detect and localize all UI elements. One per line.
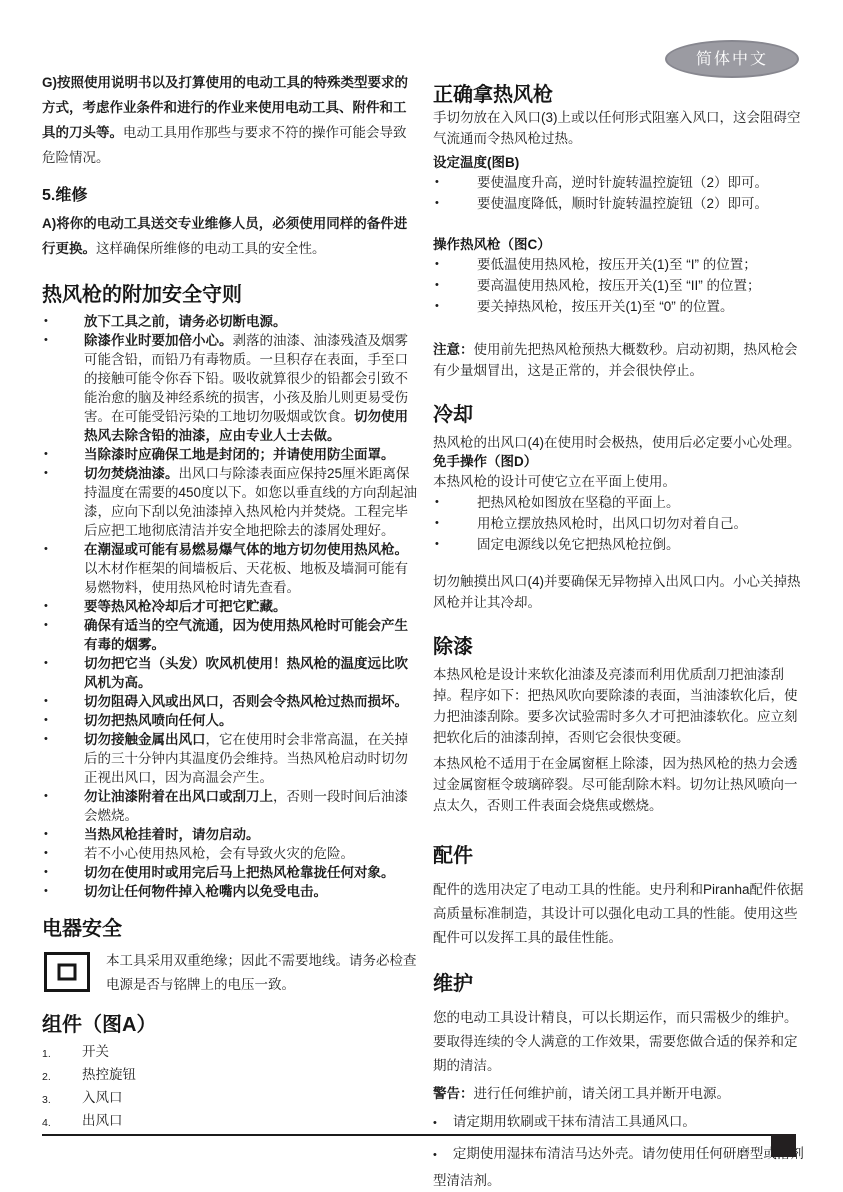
subheading-set-temperature: 设定温度(图B) — [433, 154, 805, 172]
subheading-operate: 操作热风枪（图C） — [433, 236, 805, 254]
bullet-icon: • — [42, 692, 84, 711]
list-item: •把热风枪如图放在坚稳的平面上。 — [433, 492, 805, 513]
cooling-text: 热风枪的出风口(4)在使用时会极热，使用后必定要小心处理。 — [433, 432, 805, 453]
item-text: 切勿阻碍入风或出风口，否则会令热风枪过热而损坏。 — [84, 694, 408, 709]
item-text: 确保有适当的空气流通，因为使用热风枪时可能会产生有毒的烟雾。 — [84, 618, 408, 652]
list-item: •要高温使用热风枪，按压开关(1)至 “II” 的位置； — [433, 275, 805, 296]
language-badge: 简体中文 — [665, 40, 799, 78]
item-text: 当除漆时应确保工地是封闭的；并请使用防尘面罩。 — [84, 447, 395, 462]
bullet-icon: • — [42, 616, 84, 635]
section-title-components: 组件（图A） — [42, 1013, 418, 1037]
bullet-icon: • — [42, 730, 84, 749]
list-item: •切勿阻碍入风或出风口，否则会令热风枪过热而损坏。 — [42, 692, 418, 711]
hands-free-list: •把热风枪如图放在坚稳的平面上。 •用枪立摆放热风枪时，出风口切勿对着自己。 •… — [433, 492, 805, 555]
bullet-icon: • — [433, 534, 477, 555]
item-text: 以木材作框架的间墙板后、天花板、地板及墙洞可能有易燃物料，使用热风枪时请先查看。 — [84, 561, 408, 595]
bullet-icon: • — [433, 193, 477, 214]
note-paragraph: 注意：使用前先把热风枪预热大概数秒。启动初期，热风枪会有少量烟冒出，这是正常的，… — [433, 339, 805, 381]
list-item: •放下工具之前，请务必切断电源。 — [42, 312, 418, 331]
item-text: 切勿把它当（头发）吹风机使用！热风枪的温度远比吹风机为高。 — [84, 656, 408, 690]
maintenance-p1: 您的电动工具设计精良，可以长期运作，而只需极少的维护。要取得连续的令人满意的工作… — [433, 1006, 805, 1078]
list-item: •切勿把它当（头发）吹风机使用！热风枪的温度远比吹风机为高。 — [42, 654, 418, 692]
components-list: 1.开关 2.热控旋钮 3.入风口 4.出风口 — [42, 1042, 418, 1133]
holding-text: 手切勿放在入风口(3)上或以任何形式阻塞入风口，这会阻碍空气流通而令热风枪过热。 — [433, 107, 805, 149]
operate-list: •要低温使用热风枪，按压开关(1)至 “I” 的位置； •要高温使用热风枪，按压… — [433, 254, 805, 317]
component-label: 开关 — [82, 1042, 109, 1064]
paint-removal-p1: 本热风枪是设计来软化油漆及亮漆而利用优质刮刀把油漆刮掉。程序如下：把热风吹向要除… — [433, 664, 805, 748]
item-text: 切勿在使用时或用完后马上把热风枪靠拢任何对象。 — [84, 865, 395, 880]
list-item: •切勿焚烧油漆。出风口与除漆表面应保持25厘米距离保持温度在需要的450度以下。… — [42, 464, 418, 540]
list-item: •切勿接触金属出风口，它在使用时会非常高温，在关掉后的三十分钟内其温度仍会维持。… — [42, 730, 418, 787]
item-text: 要高温使用热风枪，按压开关(1)至 “II” 的位置； — [477, 275, 805, 296]
bullet-icon: • — [42, 844, 84, 863]
hands-free-outro: 切勿触摸出风口(4)并要确保无异物掉入出风口内。小心关掉热风枪并让其冷却。 — [433, 571, 805, 613]
item-text: 若不小心使用热风枪，会有导致火灾的危险。 — [84, 846, 354, 861]
item-text: 切勿让任何物件掉入枪嘴内以免受电击。 — [84, 884, 327, 899]
section-title-maintenance: 维护 — [433, 972, 805, 996]
bullet-icon: • — [433, 172, 477, 193]
list-item: •除漆作业时要加倍小心。剥落的油漆、油漆残渣及烟雾可能含铅，而铅乃有毒物质。一旦… — [42, 331, 418, 445]
bullet-icon: • — [42, 863, 84, 882]
paragraph-a: A)将你的电动工具送交专业维修人员，必须使用同样的备件进行更换。这样确保所维修的… — [42, 211, 418, 261]
bullet-icon: • — [433, 254, 477, 275]
bullet-icon: • — [42, 711, 84, 730]
list-item: •在潮湿或可能有易燃易爆气体的地方切勿使用热风枪。以木材作框架的间墙板后、天花板… — [42, 540, 418, 597]
list-item: •勿让油漆附着在出风口或刮刀上，否则一段时间后油漆会燃烧。 — [42, 787, 418, 825]
component-label: 出风口 — [82, 1111, 123, 1133]
list-item: •要等热风枪冷却后才可把它贮藏。 — [42, 597, 418, 616]
list-item: •定期使用湿抹布清洁马达外壳。请勿使用任何研磨型或溶剂型清洁剂。 — [433, 1141, 805, 1192]
item-text: 放下工具之前，请务必切断电源。 — [84, 314, 287, 329]
item-text: 用枪立摆放热风枪时，出风口切勿对着自己。 — [477, 513, 805, 534]
list-item: •要使温度升高，逆时针旋转温控旋钮（2）即可。 — [433, 172, 805, 193]
section-title-cooling: 冷却 — [433, 403, 805, 427]
bullet-icon: • — [433, 513, 477, 534]
section-title-service: 5.维修 — [42, 186, 418, 206]
item-text: 要低温使用热风枪，按压开关(1)至 “I” 的位置； — [477, 254, 805, 275]
electrical-safety-text: 本工具采用双重绝缘；因此不需要地线。请务必检查电源是否与铭牌上的电压一致。 — [106, 949, 418, 997]
component-number: 4. — [42, 1111, 82, 1133]
list-item: •确保有适当的空气流通，因为使用热风枪时可能会产生有毒的烟雾。 — [42, 616, 418, 654]
paragraph-g: G)按照使用说明书以及打算使用的电动工具的特殊类型要求的方式，考虑作业条件和进行… — [42, 70, 418, 170]
item-text: 切勿接触金属出风口 — [84, 732, 206, 747]
item-text: 除漆作业时要加倍小心。 — [84, 333, 233, 348]
paint-removal-p2: 本热风枪不适用于在金属窗框上除漆，因为热风枪的热力会透过金属窗框令玻璃碎裂。尽可… — [433, 753, 805, 816]
component-label: 热控旋钮 — [82, 1065, 136, 1087]
component-number: 3. — [42, 1088, 82, 1110]
list-item: •当热风枪挂着时，请勿启动。 — [42, 825, 418, 844]
warning-label: 警告： — [433, 1086, 474, 1101]
item-text: 请定期用软刷或干抹布清洁工具通风口。 — [453, 1114, 696, 1129]
list-item: •切勿把热风喷向任何人。 — [42, 711, 418, 730]
item-text: 把热风枪如图放在坚稳的平面上。 — [477, 492, 805, 513]
bullet-icon: • — [433, 1149, 437, 1161]
left-column: G)按照使用说明书以及打算使用的电动工具的特殊类型要求的方式，考虑作业条件和进行… — [42, 70, 418, 1133]
note-label: 注意： — [433, 342, 474, 357]
list-item: •切勿让任何物件掉入枪嘴内以免受电击。 — [42, 882, 418, 901]
component-item: 4.出风口 — [42, 1111, 418, 1133]
section-title-holding: 正确拿热风枪 — [433, 83, 805, 107]
item-text: 在潮湿或可能有易燃易爆气体的地方切勿使用热风枪。 — [84, 542, 408, 557]
list-item: •固定电源线以免它把热风枪拉倒。 — [433, 534, 805, 555]
list-item: •要使温度降低，顺时针旋转温控旋钮（2）即可。 — [433, 193, 805, 214]
list-item: •若不小心使用热风枪，会有导致火灾的危险。 — [42, 844, 418, 863]
warning-text: 进行任何维护前，请关闭工具并断开电源。 — [474, 1086, 731, 1101]
component-label: 入风口 — [82, 1088, 123, 1110]
list-item: •用枪立摆放热风枪时，出风口切勿对着自己。 — [433, 513, 805, 534]
bullet-icon: • — [433, 1117, 437, 1129]
right-column: 简体中文 正确拿热风枪 手切勿放在入风口(3)上或以任何形式阻塞入风口，这会阻碍… — [433, 40, 805, 1192]
component-item: 1.开关 — [42, 1042, 418, 1064]
item-text: 定期使用湿抹布清洁马达外壳。请勿使用任何研磨型或溶剂型清洁剂。 — [433, 1146, 804, 1188]
bullet-icon: • — [42, 882, 84, 901]
item-text: 切勿把热风喷向任何人。 — [84, 713, 233, 728]
double-insulation-icon — [44, 952, 90, 992]
hands-free-intro: 本热风枪的设计可使它立在平面上使用。 — [433, 471, 805, 492]
bullet-icon: • — [42, 597, 84, 616]
bullet-icon: • — [433, 492, 477, 513]
bullet-icon: • — [42, 445, 84, 464]
set-temperature-list: •要使温度升高，逆时针旋转温控旋钮（2）即可。 •要使温度降低，顺时针旋转温控旋… — [433, 172, 805, 214]
section-title-accessories: 配件 — [433, 844, 805, 868]
item-text: 切勿焚烧油漆。 — [84, 466, 179, 481]
section-title-safety: 热风枪的附加安全守则 — [42, 283, 418, 307]
list-item: •请定期用软刷或干抹布清洁工具通风口。 — [433, 1109, 805, 1136]
bullet-icon: • — [42, 312, 84, 331]
component-item: 3.入风口 — [42, 1088, 418, 1110]
item-text: 要使温度升高，逆时针旋转温控旋钮（2）即可。 — [477, 172, 805, 193]
bullet-icon: • — [42, 825, 84, 844]
list-item: •要低温使用热风枪，按压开关(1)至 “I” 的位置； — [433, 254, 805, 275]
item-text: 要等热风枪冷却后才可把它贮藏。 — [84, 599, 287, 614]
bullet-icon: • — [42, 654, 84, 673]
section-title-electrical-safety: 电器安全 — [42, 917, 418, 941]
bullet-icon: • — [42, 540, 84, 559]
list-item: •切勿在使用时或用完后马上把热风枪靠拢任何对象。 — [42, 863, 418, 882]
safety-list: •放下工具之前，请务必切断电源。 •除漆作业时要加倍小心。剥落的油漆、油漆残渣及… — [42, 312, 418, 901]
bullet-icon: • — [42, 787, 84, 806]
item-text: 当热风枪挂着时，请勿启动。 — [84, 827, 260, 842]
paragraph-a-rest: 这样确保所维修的电动工具的安全性。 — [96, 241, 326, 256]
electrical-safety-block: 本工具采用双重绝缘；因此不需要地线。请务必检查电源是否与铭牌上的电压一致。 — [42, 949, 418, 997]
maintenance-warning: 警告：进行任何维护前，请关闭工具并断开电源。 — [433, 1083, 805, 1104]
page-number-block — [771, 1134, 796, 1157]
item-text: 勿让油漆附着在出风口或刮刀上 — [84, 789, 273, 804]
component-item: 2.热控旋钮 — [42, 1065, 418, 1087]
list-item: •当除漆时应确保工地是封闭的；并请使用防尘面罩。 — [42, 445, 418, 464]
component-number: 1. — [42, 1042, 82, 1064]
subheading-hands-free: 免手操作（图D） — [433, 453, 805, 471]
bullet-icon: • — [433, 275, 477, 296]
manual-page: G)按照使用说明书以及打算使用的电动工具的特殊类型要求的方式，考虑作业条件和进行… — [0, 0, 843, 1192]
item-text: 要关掉热风枪，按压开关(1)至 “0” 的位置。 — [477, 296, 805, 317]
bullet-icon: • — [42, 464, 84, 483]
note-text: 使用前先把热风枪预热大概数秒。启动初期，热风枪会有少量烟冒出，这是正常的，并会很… — [433, 342, 798, 378]
section-title-paint-removal: 除漆 — [433, 635, 805, 659]
item-text: 固定电源线以免它把热风枪拉倒。 — [477, 534, 805, 555]
bullet-icon: • — [433, 296, 477, 317]
item-text: 要使温度降低，顺时针旋转温控旋钮（2）即可。 — [477, 193, 805, 214]
component-number: 2. — [42, 1065, 82, 1087]
maintenance-list: •请定期用软刷或干抹布清洁工具通风口。 •定期使用湿抹布清洁马达外壳。请勿使用任… — [433, 1109, 805, 1192]
list-item: •要关掉热风枪，按压开关(1)至 “0” 的位置。 — [433, 296, 805, 317]
footer-rule — [42, 1134, 771, 1136]
bullet-icon: • — [42, 331, 84, 350]
accessories-text: 配件的选用决定了电动工具的性能。史丹利和Piranha配件依据高质量标准制造，其… — [433, 878, 805, 950]
